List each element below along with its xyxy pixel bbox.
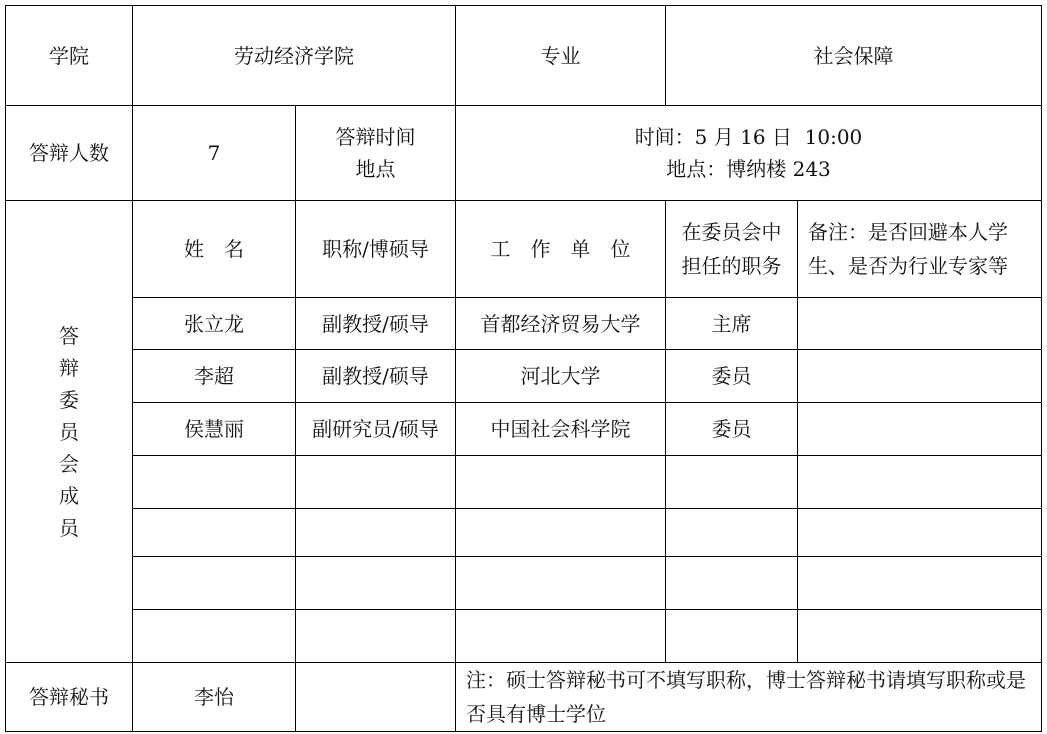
member-remark [798,509,1042,557]
member-name: 李超 [133,350,296,403]
place-value: 地点：博纳楼 243 [456,153,1041,185]
member-row [6,456,1042,509]
member-role [666,557,798,610]
member-role [666,509,798,557]
member-employer [456,610,666,663]
side-char: 委 [6,384,132,416]
college-row: 学院 劳动经济学院 专业 社会保障 [6,6,1042,106]
defense-count-value: 7 [133,106,296,201]
secretary-title [296,663,456,732]
member-row [6,509,1042,557]
defense-info-row: 答辩人数 7 答辩时间 地点 时间：5 月 16 日 10:00 地点：博纳楼 … [6,106,1042,201]
col-header-title: 职称/博硕导 [296,201,456,298]
member-name [133,610,296,663]
member-employer: 河北大学 [456,350,666,403]
college-label: 学院 [6,6,133,106]
member-name: 张立龙 [133,298,296,350]
member-row: 李超 副教授/硕导 河北大学 委员 [6,350,1042,403]
member-remark [798,403,1042,456]
committee-header-row: 答 辩 委 员 会 成 员 姓 名 职称/博硕导 工 作 单 位 在委员会中 担… [6,201,1042,298]
member-remark [798,298,1042,350]
member-employer [456,557,666,610]
side-char: 员 [6,512,132,544]
member-remark [798,456,1042,509]
time-place-label-line2: 地点 [296,153,455,185]
side-char: 成 [6,480,132,512]
member-title [296,456,456,509]
side-char: 辩 [6,352,132,384]
col-header-name: 姓 名 [133,201,296,298]
member-role: 委员 [666,350,798,403]
member-role [666,610,798,663]
member-role: 主席 [666,298,798,350]
member-row: 侯慧丽 副研究员/硕导 中国社会科学院 委员 [6,403,1042,456]
member-title: 副教授/硕导 [296,350,456,403]
member-role: 委员 [666,403,798,456]
defense-count-label: 答辩人数 [6,106,133,201]
member-name [133,557,296,610]
member-remark [798,610,1042,663]
member-employer [456,456,666,509]
role-header-line2: 担任的职务 [666,249,797,283]
time-value: 时间：5 月 16 日 10:00 [456,121,1041,153]
secretary-label: 答辩秘书 [6,663,133,732]
time-place-label-line1: 答辩时间 [296,121,455,153]
committee-side-label: 答 辩 委 员 会 成 员 [6,201,133,663]
secretary-name: 李怡 [133,663,296,732]
member-name [133,509,296,557]
role-header-line1: 在委员会中 [666,215,797,249]
defense-committee-form: 学院 劳动经济学院 专业 社会保障 答辩人数 7 答辩时间 地点 时间：5 月 … [5,5,1042,732]
time-place-value: 时间：5 月 16 日 10:00 地点：博纳楼 243 [456,106,1042,201]
col-header-role: 在委员会中 担任的职务 [666,201,798,298]
col-header-employer: 工 作 单 位 [456,201,666,298]
member-title [296,557,456,610]
col-header-remark: 备注：是否回避本人学 生、是否为行业专家等 [798,201,1042,298]
member-employer: 中国社会科学院 [456,403,666,456]
member-name: 侯慧丽 [133,403,296,456]
member-remark [798,350,1042,403]
member-row [6,557,1042,610]
member-row [6,610,1042,663]
major-value: 社会保障 [666,6,1042,106]
side-char: 答 [6,320,132,352]
time-place-label: 答辩时间 地点 [296,106,456,201]
remark-header-line2: 生、是否为行业专家等 [808,249,1041,283]
member-employer: 首都经济贸易大学 [456,298,666,350]
remark-header-line1: 备注：是否回避本人学 [808,215,1041,249]
member-title: 副研究员/硕导 [296,403,456,456]
secretary-row: 答辩秘书 李怡 注：硕士答辩秘书可不填写职称，博士答辩秘书请填写职称或是否具有博… [6,663,1042,732]
member-title [296,509,456,557]
member-name [133,456,296,509]
major-label: 专业 [456,6,666,106]
member-title: 副教授/硕导 [296,298,456,350]
member-remark [798,557,1042,610]
member-title [296,610,456,663]
secretary-note: 注：硕士答辩秘书可不填写职称，博士答辩秘书请填写职称或是否具有博士学位 [456,663,1042,732]
member-row: 张立龙 副教授/硕导 首都经济贸易大学 主席 [6,298,1042,350]
member-employer [456,509,666,557]
member-role [666,456,798,509]
side-char: 员 [6,416,132,448]
side-char: 会 [6,448,132,480]
college-value: 劳动经济学院 [133,6,456,106]
